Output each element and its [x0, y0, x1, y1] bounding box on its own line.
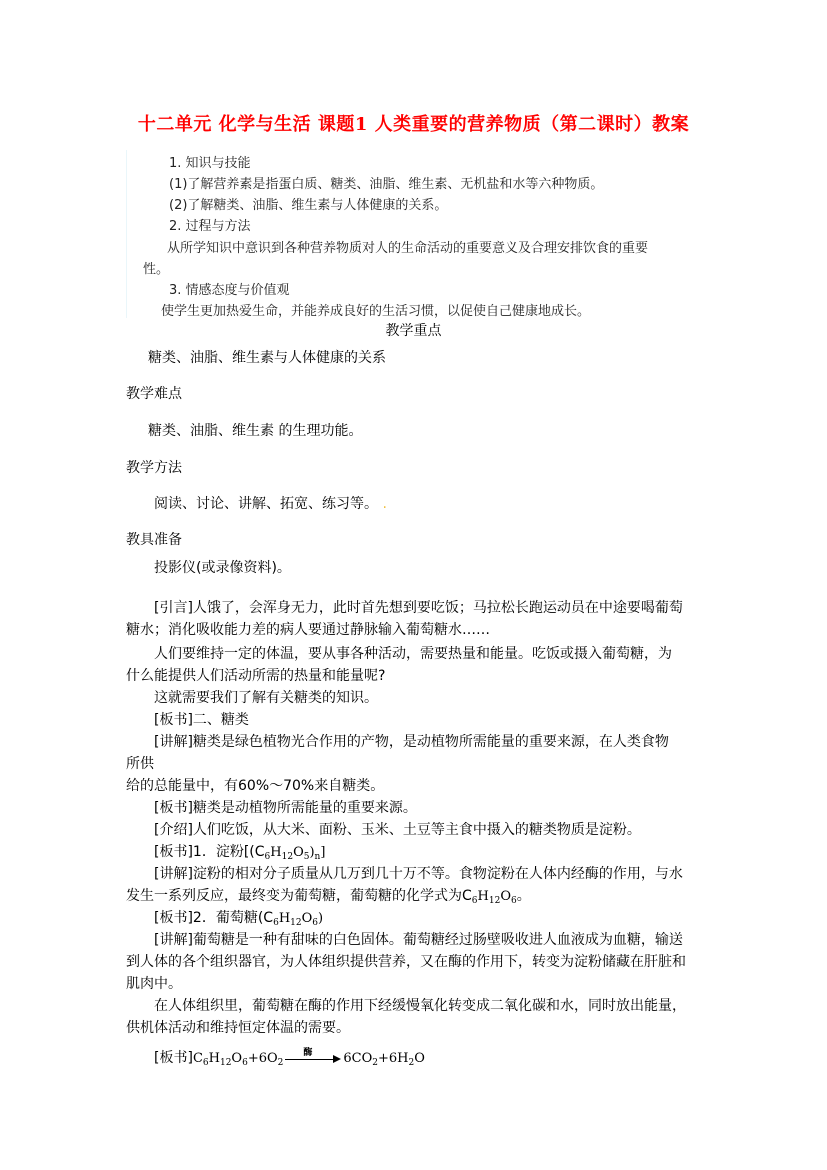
key-points-text: 糖类、油脂、维生素与人体健康的关系 — [148, 347, 386, 367]
objective-line: (1)了解营养素是指蛋白质、糖类、油脂、维生素、无机盐和水等六种物质。 — [169, 173, 603, 192]
difficulties-text: 糖类、油脂、维生素 的生理功能。 — [148, 420, 362, 440]
document-title: 十二单元 化学与生活 课题1 人类重要的营养物质（第二课时）教案 — [0, 110, 827, 136]
tools-text: 投影仪(或录像资料)。 — [154, 557, 291, 577]
objective-line: 3. 情感态度与价值观 — [169, 279, 290, 298]
objective-line: (2)了解糖类、油脂、维生素与人体健康的关系。 — [169, 194, 447, 213]
paragraph-line: [介绍]人们吃饭，从大米、面粉、玉米、土豆等主食中摄入的糖类物质是淀粉。 — [154, 819, 641, 839]
paragraph-line: 给的总能量中，有60%～70%来自糖类。 — [126, 775, 384, 795]
objective-line: 使学生更加热爱生命，并能养成良好的生活习惯，以促使自己健康地成长。 — [161, 300, 590, 319]
paragraph-line: 发生一系列反应，最终变为葡萄糖，葡萄糖的化学式为C6H12O6。 — [126, 885, 531, 906]
reaction-arrow-icon: 酶 — [285, 1051, 341, 1065]
paragraph-line: 人们要维持一定的体温，要从事各种活动，需要热量和能量。吃饭或摄入葡萄糖，为 — [154, 643, 672, 663]
objective-line: 从所学知识中意识到各种营养物质对人的生命活动的重要意义及合理安排饮食的重要 — [167, 237, 648, 256]
paragraph-line: [讲解]淀粉的相对分子质量从几万到几十万不等。食物淀粉在人体内经酶的作用，与水 — [154, 863, 683, 883]
paragraph-line: [讲解]葡萄糖是一种有甜味的白色固体。葡萄糖经过肠壁吸收进人血液成为血糖，输送 — [154, 929, 683, 949]
paragraph-line: 这就需要我们了解有关糖类的知识。 — [154, 687, 378, 707]
paragraph-line: [板书]2．葡萄糖(C6H12O6) — [154, 907, 323, 928]
tools-heading: 教具准备 — [126, 529, 182, 549]
key-points-heading: 教学重点 — [0, 320, 827, 340]
reaction-equation: [板书]C6H12O6+6O2酶6CO2+6H2O — [154, 1047, 425, 1068]
objective-line: 2. 过程与方法 — [169, 215, 251, 234]
paragraph-line: [讲解]糖类是绿色植物光合作用的产物，是动植物所需能量的重要来源，在人类食物 — [154, 731, 669, 751]
objective-line: 性。 — [143, 258, 169, 277]
methods-text: 阅读、讨论、讲解、拓宽、练习等。 . — [154, 493, 387, 513]
paragraph-line: 什么能提供人们活动所需的热量和能量呢? — [126, 665, 385, 685]
objectives-image: 1. 知识与技能 (1)了解营养素是指蛋白质、糖类、油脂、维生素、无机盐和水等六… — [126, 150, 707, 318]
objective-line: 1. 知识与技能 — [169, 152, 251, 171]
paragraph-line: [板书]糖类是动植物所需能量的重要来源。 — [154, 797, 417, 817]
paragraph-line: [板书]二、糖类 — [154, 709, 249, 729]
paragraph-line: 供机体活动和维持恒定体温的需要。 — [126, 1017, 350, 1037]
paragraph-line: 到人体的各个组织器官，为人体组织提供营养，又在酶的作用下，转变为淀粉储藏在肝脏和 — [126, 951, 686, 971]
paragraph-line: 肌肉中。 — [126, 973, 182, 993]
paragraph-line: 糖水；消化吸收能力差的病人要通过静脉输入葡萄糖水…… — [126, 619, 490, 639]
paragraph-line: 在人体组织里，葡萄糖在酶的作用下经缓慢氧化转变成二氧化碳和水，同时放出能量， — [154, 995, 686, 1015]
paragraph-line: 所供 — [126, 753, 154, 773]
paragraph-line: [引言]人饿了，会浑身无力，此时首先想到要吃饭；马拉松长跑运动员在中途要喝葡萄 — [154, 597, 683, 617]
difficulties-heading: 教学难点 — [126, 383, 182, 403]
paragraph-line: [板书]1．淀粉[(C6H12O5)n] — [154, 841, 325, 862]
methods-heading: 教学方法 — [126, 457, 182, 477]
